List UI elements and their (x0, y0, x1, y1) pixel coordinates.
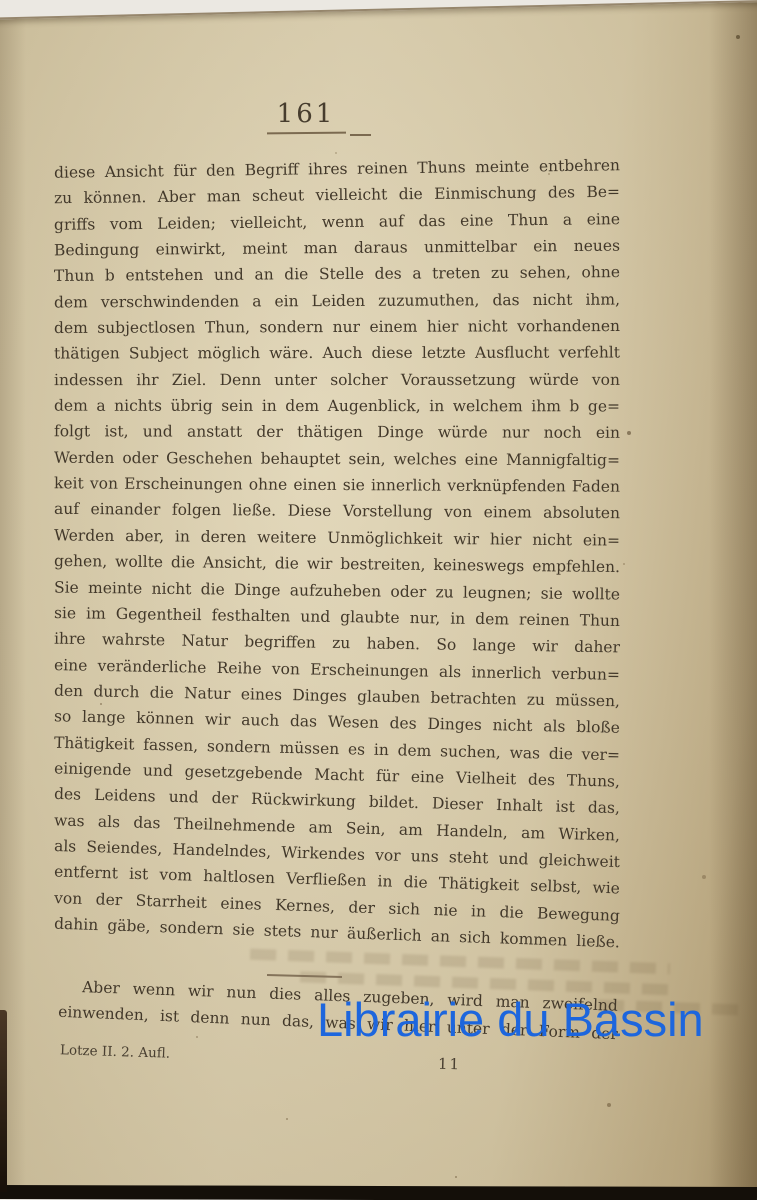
text-line: dem verschwindenden a ein Leiden zuzumut… (54, 286, 620, 315)
main-paragraph: diese Ansicht für den Begriff ihres rein… (54, 156, 620, 946)
book-spine-edge (0, 1010, 7, 1192)
edition-signature: Lotze II. 2. Aufl. (60, 1042, 171, 1061)
sheet-number: 11 (438, 1055, 462, 1074)
text-line: thätigen Subject möglich wäre. Auch dies… (54, 340, 620, 367)
text-line: dem a nichts übrig sein in dem Augenblic… (54, 393, 620, 420)
bookseller-watermark: Librairie du Bassin (317, 992, 704, 1047)
book-page-photo: 161 diese Ansicht für den Begriff ihres … (0, 0, 757, 1200)
heading-rule-segment (350, 134, 371, 136)
photo-backdrop-bottom (0, 1185, 757, 1200)
text-line: indessen ihr Ziel. Denn unter solcher Vo… (54, 367, 620, 394)
text-line: Werden oder Geschehen behauptet sein, we… (54, 445, 620, 474)
text-line: folgt ist, und anstatt der thätigen Ding… (54, 419, 620, 447)
page-number-heading: 161 (256, 99, 356, 129)
text-line: dem subjectlosen Thun, sondern nur einem… (54, 313, 620, 341)
text-line: Thun b entstehen und an die Stelle des a… (54, 259, 620, 289)
heading-rule (267, 132, 346, 135)
